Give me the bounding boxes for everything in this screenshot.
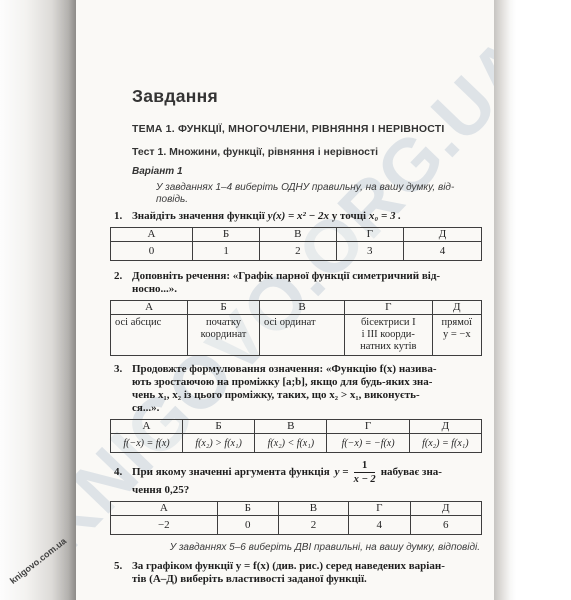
question-2: 2.Доповніть речення: «Графік парної функ… <box>110 270 482 296</box>
question-4: 4.При якому значенні аргумента функція y… <box>110 460 482 497</box>
instruction-line: У завданнях 1–4 виберіть ОДНУ правильну,… <box>156 182 468 194</box>
option-value: f(x₂) = f(x₁) <box>409 434 481 453</box>
option-value: f(x₂) < f(x₁) <box>255 434 327 453</box>
option-value: осі ординат <box>259 315 344 356</box>
question-text: За графіком функції y = f(x) (див. рис.)… <box>132 560 445 572</box>
answer-table-q3: А Б В Г Д f(−x) = f(x) f(x₂) > f(x₁) f(x… <box>110 419 482 453</box>
option-value: 2 <box>260 242 336 261</box>
question-text: При якому значенні аргумента функція <box>132 466 330 479</box>
option-letter: В <box>255 420 327 434</box>
table-value-row: f(−x) = f(x) f(x₂) > f(x₁) f(x₂) < f(x₁)… <box>111 434 482 453</box>
question-text: носно...». <box>132 283 482 296</box>
option-letter: Д <box>403 228 481 242</box>
option-value: бісектриси I і III коорди- натних кутів <box>344 315 432 356</box>
page-content: Завдання ТЕМА 1. ФУНКЦІЇ, МНОГОЧЛЕНИ, РІ… <box>110 0 482 586</box>
scan-shadow-right <box>494 0 516 600</box>
option-letter: А <box>111 228 193 242</box>
instruction-line: повідь. <box>156 194 468 206</box>
option-value: 0 <box>217 516 278 535</box>
question-number: 4. <box>114 466 132 479</box>
question-number: 5. <box>114 560 132 573</box>
table-header-row: А Б В Г Д <box>111 301 482 315</box>
table-value-row: осі абсцис початку координат осі ординат… <box>111 315 482 356</box>
question-text: тів (А–Д) виберіть властивості заданої ф… <box>132 573 482 586</box>
option-letter: Д <box>409 420 481 434</box>
question-text: ють зростаючою на проміжку [a;b], якщо д… <box>132 376 482 389</box>
question-text: ся...». <box>132 402 482 415</box>
question-text: у точці <box>329 210 366 222</box>
test-heading: Тест 1. Множини, функції, рівняння і нер… <box>132 146 482 158</box>
option-value: 1 <box>193 242 260 261</box>
question-text: Доповніть речення: «Графік парної функці… <box>132 270 440 282</box>
option-letter: Б <box>182 420 254 434</box>
question-text: набуває зна- <box>381 466 442 479</box>
formula: x₀ = 3 . <box>369 210 401 222</box>
option-value: −2 <box>111 516 218 535</box>
option-letter: В <box>279 502 349 516</box>
answer-table-q1: А Б В Г Д 0 1 2 3 4 <box>110 227 482 261</box>
scan-shadow-left <box>0 0 76 600</box>
scanned-page: KNIGOVO.ORG.UA Завдання ТЕМА 1. ФУНКЦІЇ,… <box>76 0 494 600</box>
option-letter: Г <box>344 301 432 315</box>
question-text: чень x₁, x₂ із цього проміжку, таких, що… <box>132 389 482 402</box>
option-value: f(x₂) > f(x₁) <box>182 434 254 453</box>
answer-table-q2: А Б В Г Д осі абсцис початку координат о… <box>110 300 482 356</box>
question-text: чення 0,25? <box>132 484 482 497</box>
option-value: 2 <box>279 516 349 535</box>
question-1: 1.Знайдіть значення функції y(x) = x² − … <box>110 210 482 223</box>
option-letter: Б <box>188 301 260 315</box>
option-letter: А <box>111 301 188 315</box>
question-text: Продовжте формулювання означення: «Функц… <box>132 363 437 375</box>
option-value: 4 <box>403 242 481 261</box>
table-header-row: А Б В Г Д <box>111 420 482 434</box>
table-header-row: А Б В Г Д <box>111 502 482 516</box>
formula: y = <box>335 466 349 479</box>
question-number: 1. <box>114 210 132 223</box>
option-letter: Г <box>336 228 403 242</box>
question-text: Знайдіть значення функції <box>132 210 265 222</box>
option-letter: Б <box>217 502 278 516</box>
option-value: 3 <box>336 242 403 261</box>
question-number: 2. <box>114 270 132 283</box>
instruction-tasks-1-4: У завданнях 1–4 виберіть ОДНУ правильну,… <box>156 182 468 205</box>
page-title: Завдання <box>132 86 482 107</box>
option-letter: В <box>260 228 336 242</box>
option-letter: А <box>111 420 183 434</box>
formula: y(x) = x² − 2x <box>268 210 329 222</box>
option-value: початку координат <box>188 315 260 356</box>
table-value-row: −2 0 2 4 6 <box>111 516 482 535</box>
question-3: 3.Продовжте формулювання означення: «Фун… <box>110 363 482 415</box>
table-header-row: А Б В Г Д <box>111 228 482 242</box>
option-value: f(−x) = −f(x) <box>327 434 409 453</box>
fraction: 1 x − 2 <box>354 460 376 485</box>
fraction-denominator: x − 2 <box>354 473 376 485</box>
option-value: f(−x) = f(x) <box>111 434 183 453</box>
option-value: 6 <box>410 516 481 535</box>
question-number: 3. <box>114 363 132 376</box>
fraction-numerator: 1 <box>354 460 375 473</box>
option-letter: Г <box>327 420 409 434</box>
option-letter: Г <box>348 502 410 516</box>
question-5: 5.За графіком функції y = f(x) (див. рис… <box>110 560 482 586</box>
instruction-tasks-5-6: У завданнях 5–6 виберіть ДВІ правильні, … <box>110 542 480 554</box>
option-value: 0 <box>111 242 193 261</box>
option-letter: Д <box>432 301 481 315</box>
option-letter: Б <box>193 228 260 242</box>
variant-label: Варіант 1 <box>132 166 482 177</box>
option-value: прямої y = −x <box>432 315 481 356</box>
answer-table-q4: А Б В Г Д −2 0 2 4 6 <box>110 501 482 535</box>
option-value: осі абсцис <box>111 315 188 356</box>
theme-heading: ТЕМА 1. ФУНКЦІЇ, МНОГОЧЛЕНИ, РІВНЯННЯ І … <box>132 123 482 135</box>
option-letter: А <box>111 502 218 516</box>
option-letter: В <box>259 301 344 315</box>
option-value: 4 <box>348 516 410 535</box>
table-value-row: 0 1 2 3 4 <box>111 242 482 261</box>
option-letter: Д <box>410 502 481 516</box>
